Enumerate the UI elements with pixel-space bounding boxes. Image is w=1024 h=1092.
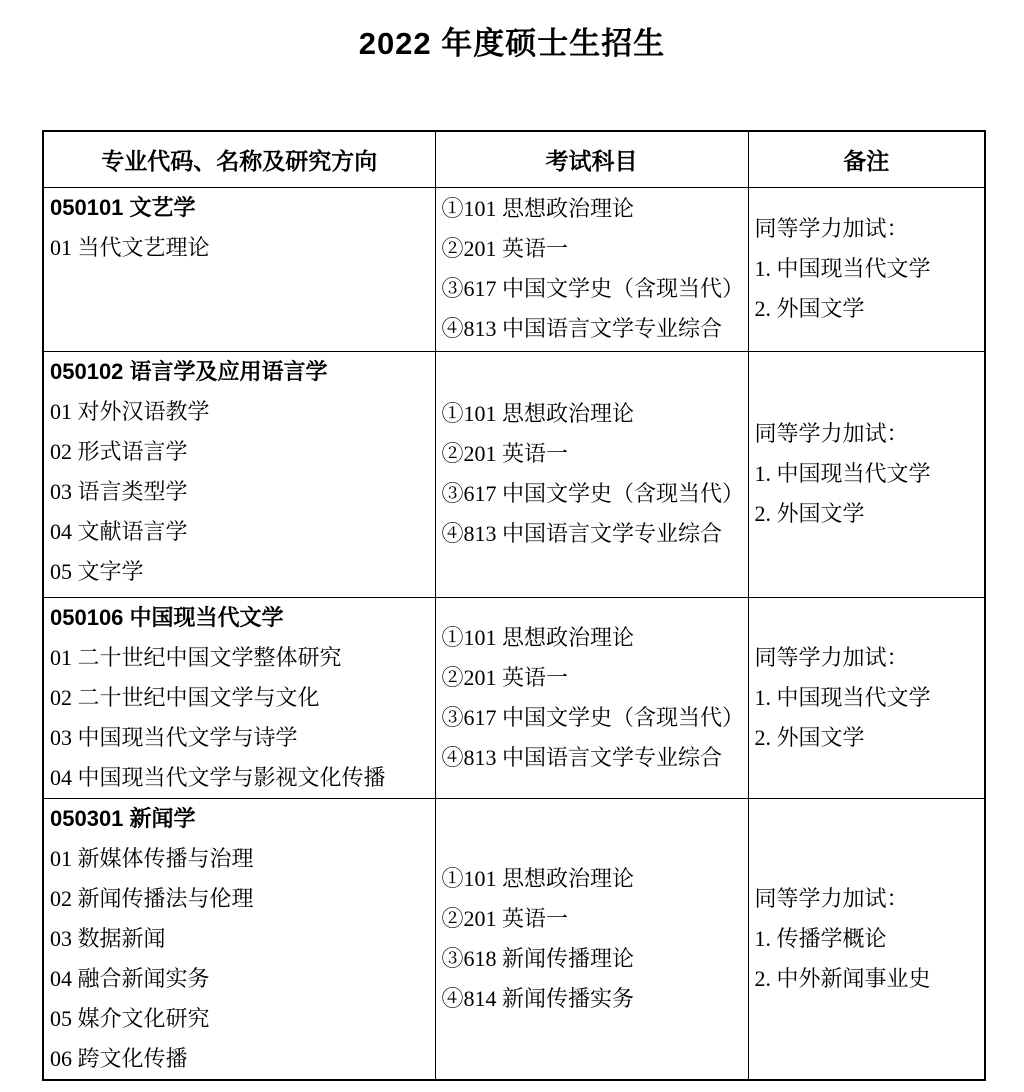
- remark-line: 1. 中国现当代文学: [755, 678, 979, 718]
- exam-subject-line: ①101 思想政治理论: [442, 189, 742, 229]
- program-cell: 050106 中国现当代文学01 二十世纪中国文学整体研究02 二十世纪中国文学…: [43, 597, 435, 798]
- remarks-cell: 同等学力加试：1. 中国现当代文学2. 外国文学: [748, 351, 985, 597]
- exam-subject-line: ④813 中国语言文学专业综合: [442, 309, 742, 349]
- exam-subjects-cell: ①101 思想政治理论②201 英语一③617 中国文学史（含现当代）④813 …: [435, 187, 748, 351]
- remarks-cell: 同等学力加试：1. 传播学概论2. 中外新闻事业史: [748, 798, 985, 1080]
- exam-subject-line: ①101 思想政治理论: [442, 859, 742, 899]
- program-code-title: 050106 中国现当代文学: [50, 598, 429, 638]
- column-header-remarks: 备注: [748, 131, 985, 187]
- column-header-exam-subjects: 考试科目: [435, 131, 748, 187]
- remark-line: 1. 中国现当代文学: [755, 249, 979, 289]
- remarks-cell: 同等学力加试：1. 中国现当代文学2. 外国文学: [748, 597, 985, 798]
- remarks-cell: 同等学力加试：1. 中国现当代文学2. 外国文学: [748, 187, 985, 351]
- exam-subjects-cell: ①101 思想政治理论②201 英语一③617 中国文学史（含现当代）④813 …: [435, 351, 748, 597]
- research-direction: 01 新媒体传播与治理: [50, 839, 429, 879]
- table-row: 050301 新闻学01 新媒体传播与治理02 新闻传播法与伦理03 数据新闻0…: [43, 798, 985, 1080]
- document-page: 2022 年度硕士生招生 专业代码、名称及研究方向 考试科目 备注 050101…: [0, 0, 1024, 1092]
- table-header: 专业代码、名称及研究方向 考试科目 备注: [43, 131, 985, 187]
- remark-line: 1. 中国现当代文学: [755, 454, 979, 494]
- research-direction: 02 二十世纪中国文学与文化: [50, 678, 429, 718]
- remark-line: 同等学力加试：: [755, 414, 979, 454]
- research-direction: 05 文字学: [50, 552, 429, 592]
- remark-line: 同等学力加试：: [755, 879, 979, 919]
- research-direction: 03 中国现当代文学与诗学: [50, 718, 429, 758]
- research-direction: 04 中国现当代文学与影视文化传播: [50, 758, 429, 798]
- research-direction: 01 对外汉语教学: [50, 392, 429, 432]
- table-row: 050101 文艺学01 当代文艺理论①101 思想政治理论②201 英语一③6…: [43, 187, 985, 351]
- research-direction: 01 当代文艺理论: [50, 228, 429, 268]
- page-title: 2022 年度硕士生招生: [0, 18, 1024, 63]
- exam-subject-line: ③617 中国文学史（含现当代）: [442, 698, 742, 738]
- program-cell: 050102 语言学及应用语言学01 对外汉语教学02 形式语言学03 语言类型…: [43, 351, 435, 597]
- exam-subjects-cell: ①101 思想政治理论②201 英语一③618 新闻传播理论④814 新闻传播实…: [435, 798, 748, 1080]
- header-row: 专业代码、名称及研究方向 考试科目 备注: [43, 131, 985, 187]
- research-direction: 02 形式语言学: [50, 432, 429, 472]
- research-direction: 02 新闻传播法与伦理: [50, 879, 429, 919]
- exam-subject-line: ②201 英语一: [442, 658, 742, 698]
- research-direction: 01 二十世纪中国文学整体研究: [50, 638, 429, 678]
- exam-subject-line: ②201 英语一: [442, 434, 742, 474]
- exam-subject-line: ④813 中国语言文学专业综合: [442, 738, 742, 778]
- exam-subject-line: ③618 新闻传播理论: [442, 939, 742, 979]
- exam-subject-line: ②201 英语一: [442, 899, 742, 939]
- remark-line: 2. 中外新闻事业史: [755, 959, 979, 999]
- exam-subject-line: ③617 中国文学史（含现当代）: [442, 269, 742, 309]
- research-direction: 06 跨文化传播: [50, 1039, 429, 1079]
- program-code-title: 050101 文艺学: [50, 188, 429, 228]
- table-row: 050106 中国现当代文学01 二十世纪中国文学整体研究02 二十世纪中国文学…: [43, 597, 985, 798]
- research-direction: 03 数据新闻: [50, 919, 429, 959]
- table-row: 050102 语言学及应用语言学01 对外汉语教学02 形式语言学03 语言类型…: [43, 351, 985, 597]
- program-code-title: 050102 语言学及应用语言学: [50, 352, 429, 392]
- program-code-title: 050301 新闻学: [50, 799, 429, 839]
- research-direction: 04 文献语言学: [50, 512, 429, 552]
- remark-line: 2. 外国文学: [755, 494, 979, 534]
- remark-line: 1. 传播学概论: [755, 919, 979, 959]
- exam-subject-line: ①101 思想政治理论: [442, 394, 742, 434]
- exam-subject-line: ①101 思想政治理论: [442, 618, 742, 658]
- exam-subjects-cell: ①101 思想政治理论②201 英语一③617 中国文学史（含现当代）④813 …: [435, 597, 748, 798]
- research-direction: 04 融合新闻实务: [50, 959, 429, 999]
- research-direction: 05 媒介文化研究: [50, 999, 429, 1039]
- remark-line: 2. 外国文学: [755, 718, 979, 758]
- exam-subject-line: ④813 中国语言文学专业综合: [442, 514, 742, 554]
- exam-subject-line: ④814 新闻传播实务: [442, 979, 742, 1019]
- remark-line: 同等学力加试：: [755, 209, 979, 249]
- program-cell: 050301 新闻学01 新媒体传播与治理02 新闻传播法与伦理03 数据新闻0…: [43, 798, 435, 1080]
- remark-line: 2. 外国文学: [755, 289, 979, 329]
- exam-subject-line: ③617 中国文学史（含现当代）: [442, 474, 742, 514]
- research-direction: 03 语言类型学: [50, 472, 429, 512]
- table-body: 050101 文艺学01 当代文艺理论①101 思想政治理论②201 英语一③6…: [43, 187, 985, 1080]
- exam-subject-line: ②201 英语一: [442, 229, 742, 269]
- admissions-table: 专业代码、名称及研究方向 考试科目 备注 050101 文艺学01 当代文艺理论…: [42, 130, 986, 1081]
- remark-line: 同等学力加试：: [755, 638, 979, 678]
- column-header-program: 专业代码、名称及研究方向: [43, 131, 435, 187]
- program-cell: 050101 文艺学01 当代文艺理论: [43, 187, 435, 351]
